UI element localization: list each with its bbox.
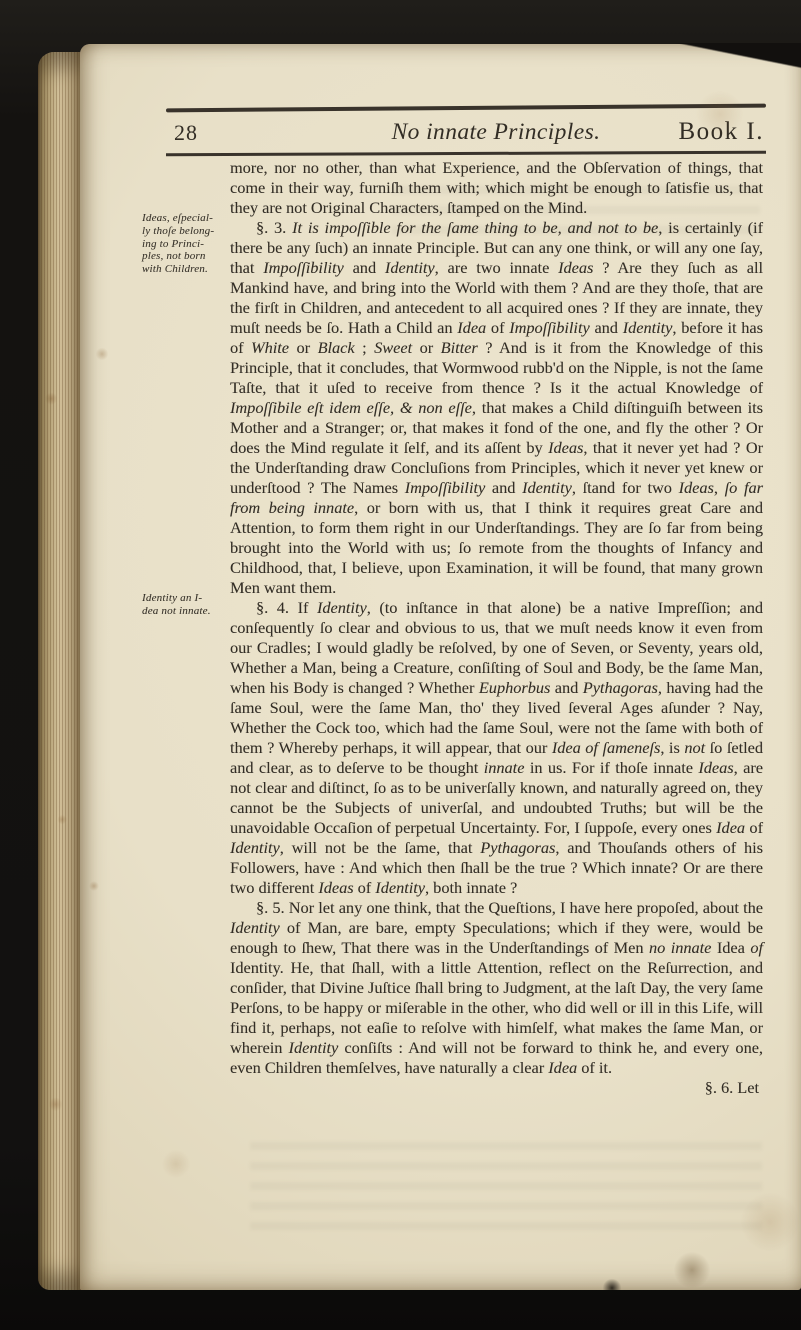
body-text: more, nor no other, than what Experience… [230,158,763,1078]
book-page: 28 No innate Principles. Book I. Ideas, … [80,44,801,1290]
margin-notes-column: Ideas, eſpecial- ly thoſe belong- ing to… [142,158,228,1288]
paragraph: more, nor no other, than what Experience… [230,158,763,218]
show-through-text [250,1142,762,1240]
page-number: 28 [174,120,198,146]
paragraph: §. 5. Nor let any one think, that the Qu… [230,898,763,1078]
book-label: Book I. [679,118,765,146]
catchword-row: §. 6. Let [230,1078,763,1098]
page-corner-shadow [652,43,801,73]
header-rule-bottom [166,151,766,156]
header-row: 28 No innate Principles. Book I. [166,111,766,149]
page-header: 28 No innate Principles. Book I. [166,106,766,155]
paragraph: §. 3. It is impoſſible for the ſame thin… [230,218,763,598]
margin-note: Ideas, eſpecial- ly thoſe belong- ing to… [142,212,228,276]
catchword: §. 6. Let [705,1078,759,1097]
page-content: more, nor no other, than what Experience… [230,158,763,1098]
paragraph: §. 4. If Identity, (to inſtance in that … [230,598,763,898]
book-page-edges [38,52,82,1290]
photo-background: 28 No innate Principles. Book I. Ideas, … [0,0,801,1330]
margin-note: Identity an I- dea not innate. [142,592,228,618]
